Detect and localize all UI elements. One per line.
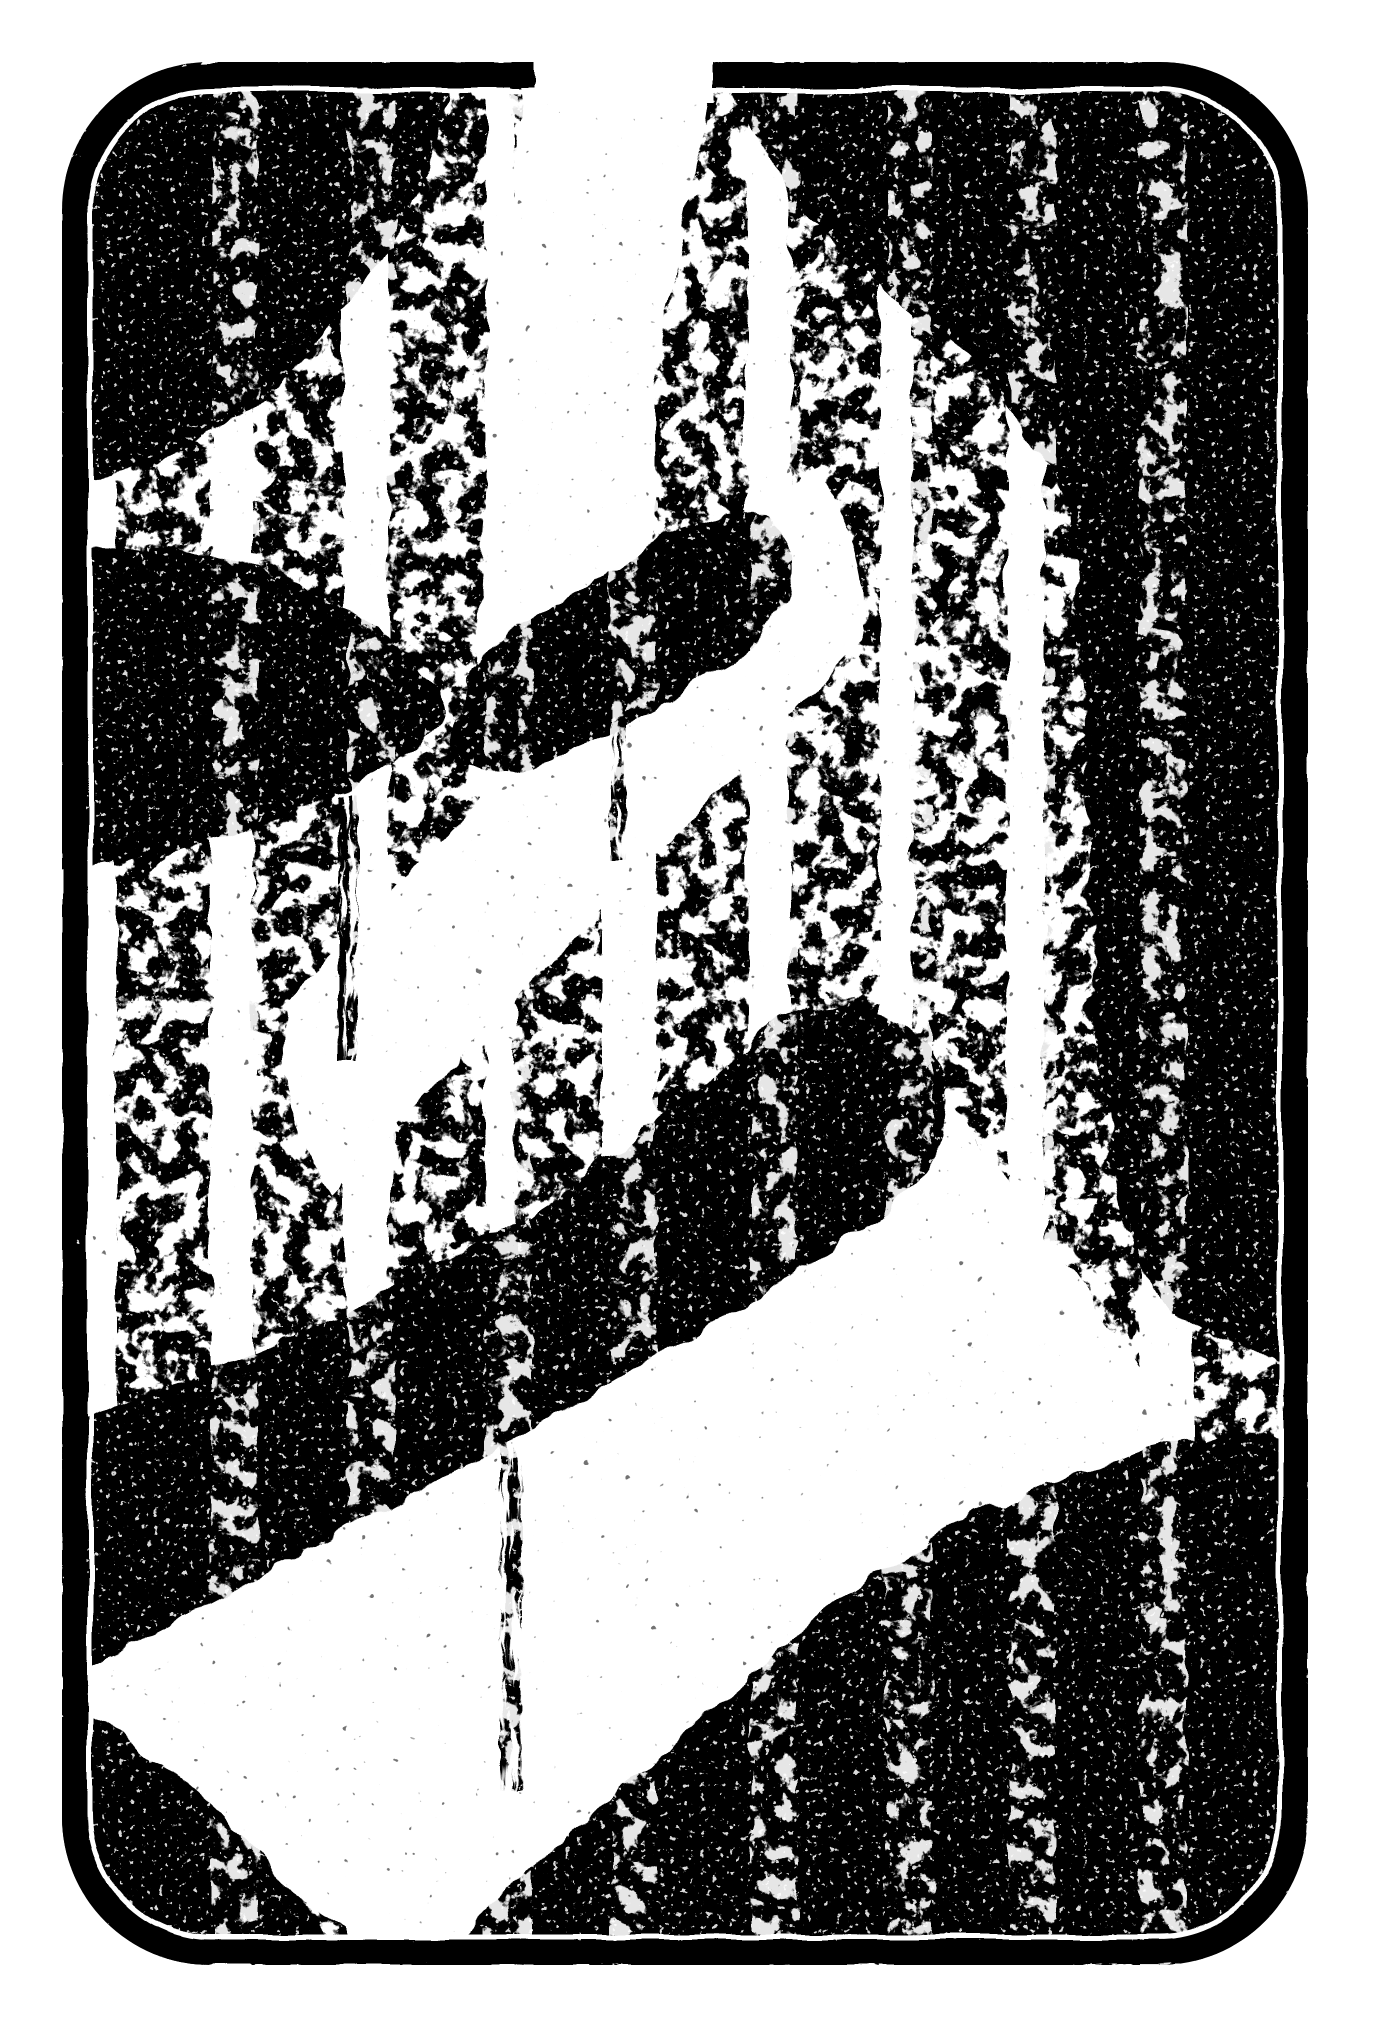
ink-dust-overlay (62, 62, 1308, 1965)
stamp-card-artwork (0, 0, 1378, 2039)
border-gap-patch (533, 46, 714, 104)
page (0, 0, 1378, 2039)
